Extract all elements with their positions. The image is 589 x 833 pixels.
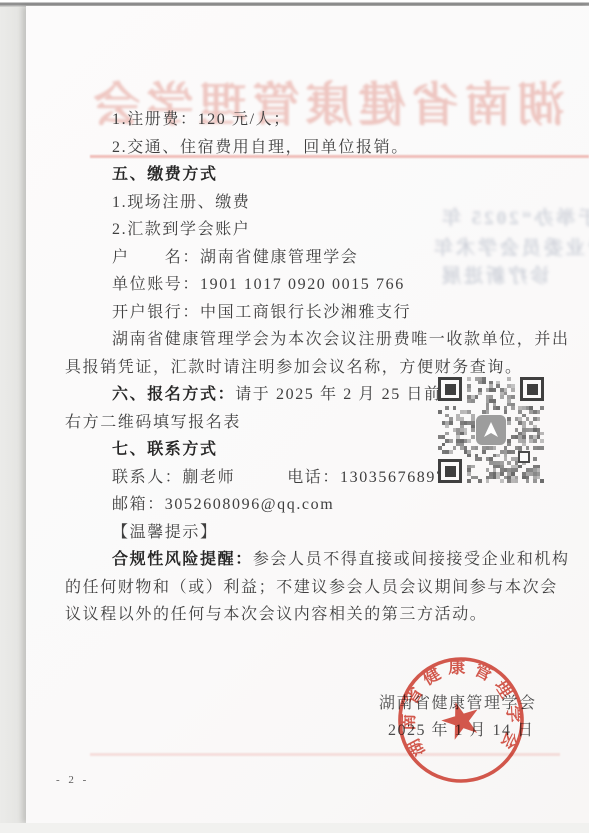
line-risk-3: 议议程以外的任何与本次会议内容相关的第三方活动。 [65, 601, 565, 629]
risk-text-1: 参会人员不得直接或间接接受企业和机构 [253, 551, 570, 568]
line-account-number: 单位账号：1901 1017 0920 0015 766 [65, 271, 565, 299]
contact-phone: 电话：13035676897 [287, 469, 445, 486]
line-risk-1: 合规性风险提醒：参会人员不得直接或间接接受企业和机构 [65, 546, 565, 574]
contact-person: 联系人：蒯老师 [112, 469, 235, 486]
line-remit-account: 2.汇款到学会账户 [65, 216, 565, 244]
official-seal: 湖南省健康管理学会 ★ [380, 639, 543, 802]
line-bank: 开户银行：中国工商银行长沙湘雅支行 [65, 299, 565, 327]
line-email: 邮箱：3052608096@qq.com [65, 491, 565, 519]
paper-plane-icon [482, 421, 500, 439]
document-body: 1.注册费：120 元/人； 2.交通、住宿费用自理，回单位报销。 五、缴费方式… [65, 106, 565, 629]
signup-deadline-text: 请于 2025 年 2 月 25 日前扫 [235, 386, 459, 403]
qr-code [438, 377, 544, 483]
section-6-title: 六、报名方式： [112, 386, 235, 403]
qr-finder-bottom-left [438, 459, 462, 483]
line-tips-title: 【温馨提示】 [65, 519, 565, 547]
scanned-page: 湖南省健康管理学会 关于举办“2025 年 专业委员会学术年 诊疗新进展 1.注… [0, 0, 589, 833]
seal-star-icon: ★ [435, 691, 487, 749]
risk-reminder-label: 合规性风险提醒： [112, 551, 253, 568]
line-registration-fee: 1.注册费：120 元/人； [65, 106, 565, 134]
qr-finder-top-right [520, 377, 544, 401]
line-onsite-payment: 1.现场注册、缴费 [65, 189, 565, 217]
page-number: - 2 - [56, 774, 89, 786]
line-risk-2: 的任何财物和（或）利益；不建议参会人员会议期间参与本次会 [65, 574, 565, 602]
paper: 湖南省健康管理学会 关于举办“2025 年 专业委员会学术年 诊疗新进展 1.注… [26, 6, 589, 823]
scan-left-margin [0, 0, 26, 833]
section-5-payment-title: 五、缴费方式 [65, 161, 565, 189]
line-payee-note-1: 湖南省健康管理学会为本次会议注册费唯一收款单位，并出 [65, 326, 565, 354]
line-travel-expense: 2.交通、住宿费用自理，回单位报销。 [65, 134, 565, 162]
qr-center-logo [476, 415, 506, 445]
qr-alignment-square [518, 451, 530, 463]
line-account-name: 户 名：湖南省健康管理学会 [65, 244, 565, 272]
qr-finder-top-left [438, 377, 462, 401]
scan-bottom-edge [0, 823, 589, 833]
